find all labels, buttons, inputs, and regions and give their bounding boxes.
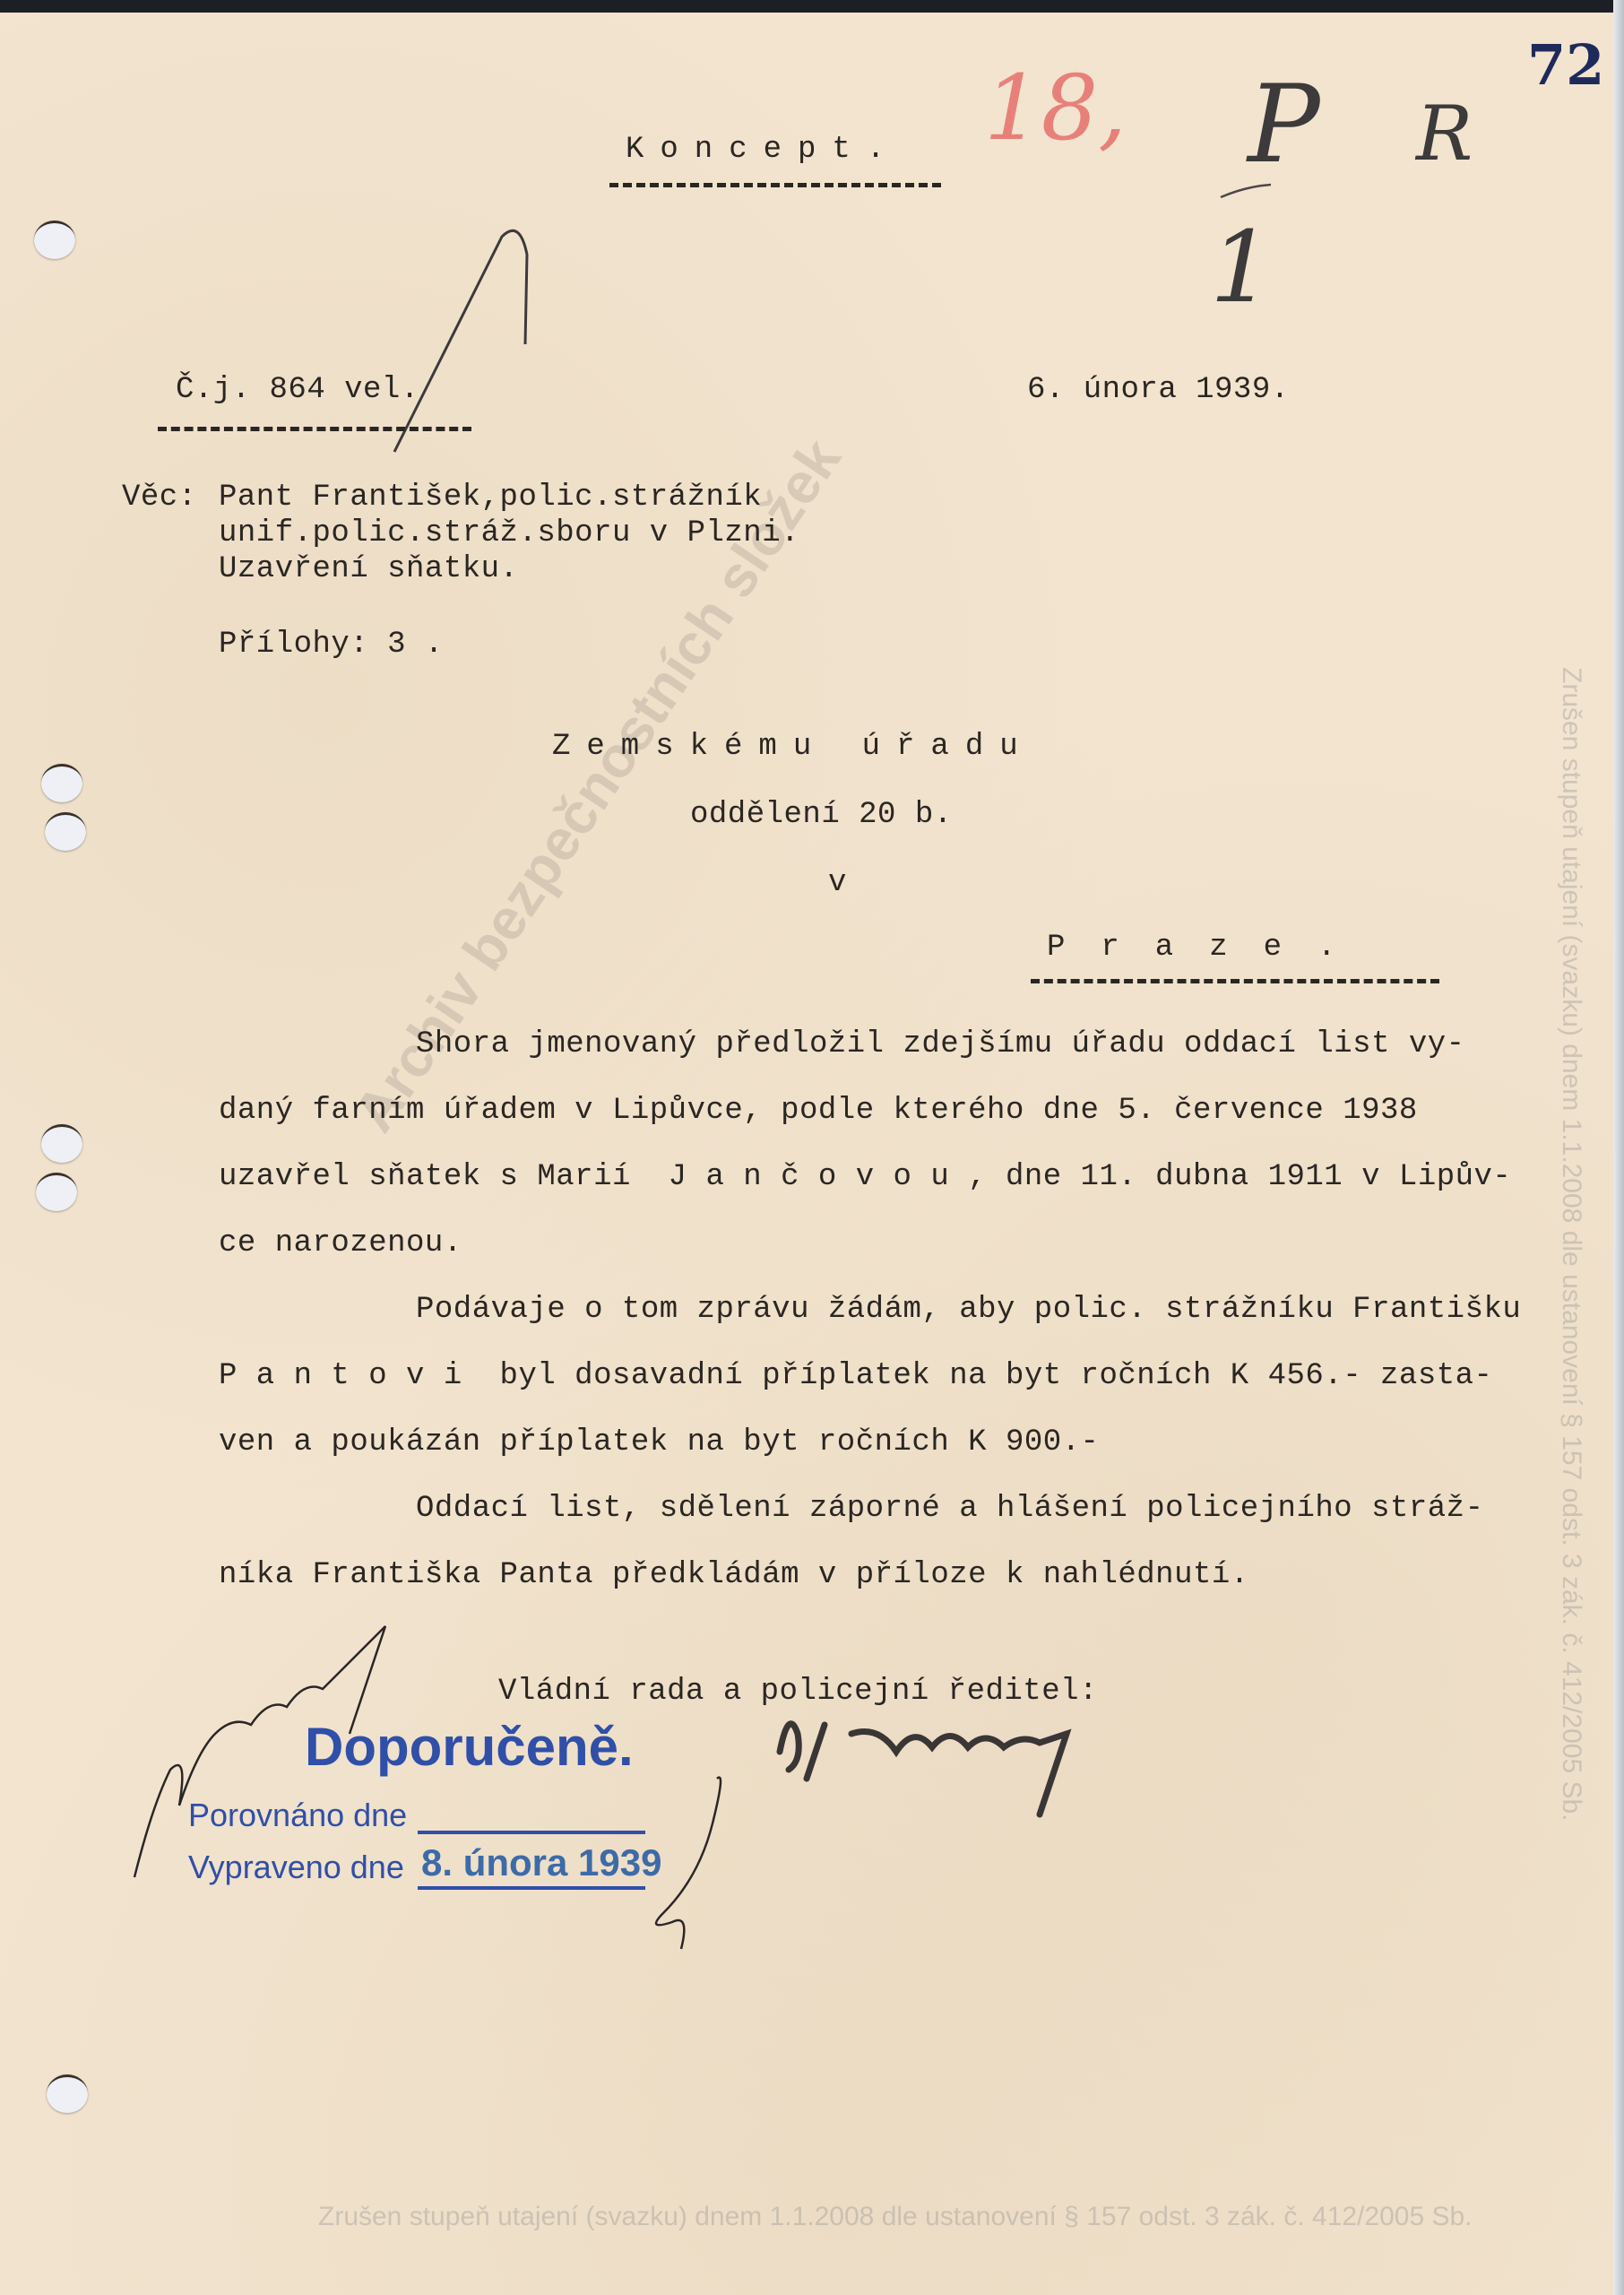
punch-hole bbox=[47, 2074, 88, 2113]
red-pencil-mark: 18, bbox=[984, 56, 1127, 160]
heading-underline bbox=[609, 183, 941, 187]
body-line: níka Františka Panta předkládám v příloz… bbox=[219, 1558, 1249, 1592]
punch-hole bbox=[41, 764, 82, 802]
pencil-mark-p: P bbox=[1248, 63, 1320, 187]
addressee-city: Praze. bbox=[1047, 931, 1371, 965]
body-line: ce narozenou. bbox=[219, 1226, 462, 1260]
body-line: uzavřel sňatek s Marií J a n č o v o u ,… bbox=[219, 1160, 1511, 1194]
compared-date-line bbox=[418, 1831, 645, 1834]
addressee-department: oddělení 20 b. bbox=[690, 798, 953, 832]
declassification-watermark-vertical: Zrušen stupeň utajení (svazku) dnem 1.1.… bbox=[1556, 667, 1586, 1822]
punch-hole bbox=[41, 1124, 82, 1163]
registered-mail-stamp: Doporučeně. bbox=[305, 1716, 634, 1778]
sent-date-line bbox=[418, 1886, 645, 1890]
page-edge bbox=[1613, 0, 1624, 2295]
reference-underline bbox=[158, 427, 471, 431]
attachments: Přílohy: 3 . bbox=[219, 628, 444, 662]
body-line: ven a poukázán příplatek na byt ročních … bbox=[219, 1425, 1099, 1459]
punch-hole bbox=[45, 812, 86, 851]
subject-line-1: Pant František,polic.strážník bbox=[219, 481, 762, 515]
director-signature bbox=[771, 1698, 1093, 1823]
pencil-fraction-line bbox=[1219, 183, 1273, 201]
pencil-initials: R bbox=[1416, 90, 1473, 178]
body-line: Podávaje o tom zprávu žádám, aby polic. … bbox=[416, 1293, 1521, 1327]
body-line: P a n t o v i byl dosavadní příplatek na… bbox=[219, 1359, 1492, 1393]
body-line: daný farním úřadem v Lipůvce, podle kter… bbox=[219, 1094, 1418, 1128]
body-line: Oddací list, sdělení záporné a hlášení p… bbox=[416, 1492, 1484, 1526]
document-heading: Koncept. bbox=[626, 133, 901, 167]
addressee-office: Zemskému úřadu bbox=[552, 730, 1034, 764]
subject-label: Věc: bbox=[122, 481, 197, 515]
sent-date: 8. února 1939 bbox=[421, 1841, 661, 1884]
subject-line-2: unif.polic.stráž.sboru v Plzni. bbox=[219, 516, 799, 550]
subject-line-3: Uzavření sňatku. bbox=[219, 552, 518, 586]
punch-hole bbox=[36, 1173, 77, 1211]
page-number: 72 bbox=[1527, 32, 1604, 98]
sent-label: Vypraveno dne bbox=[188, 1849, 404, 1886]
document-date: 6. února 1939. bbox=[1027, 373, 1290, 407]
city-underline bbox=[1031, 979, 1439, 983]
addressee-preposition: v bbox=[828, 866, 847, 900]
document-page: Archiv bezpečnostních složek Zrušen stup… bbox=[0, 13, 1613, 2295]
compared-label: Porovnáno dne bbox=[188, 1797, 407, 1834]
body-line: Shora jmenovaný předložil zdejšímu úřadu… bbox=[416, 1027, 1465, 1061]
reference-number: Č.j. 864 vel. bbox=[176, 373, 419, 407]
declassification-watermark-bottom: Zrušen stupeň utajení (svazku) dnem 1.1.… bbox=[318, 2202, 1473, 2232]
pencil-mark-fraction: 1 bbox=[1210, 210, 1273, 325]
punch-hole bbox=[34, 221, 75, 259]
pencil-check-stroke bbox=[376, 219, 609, 488]
